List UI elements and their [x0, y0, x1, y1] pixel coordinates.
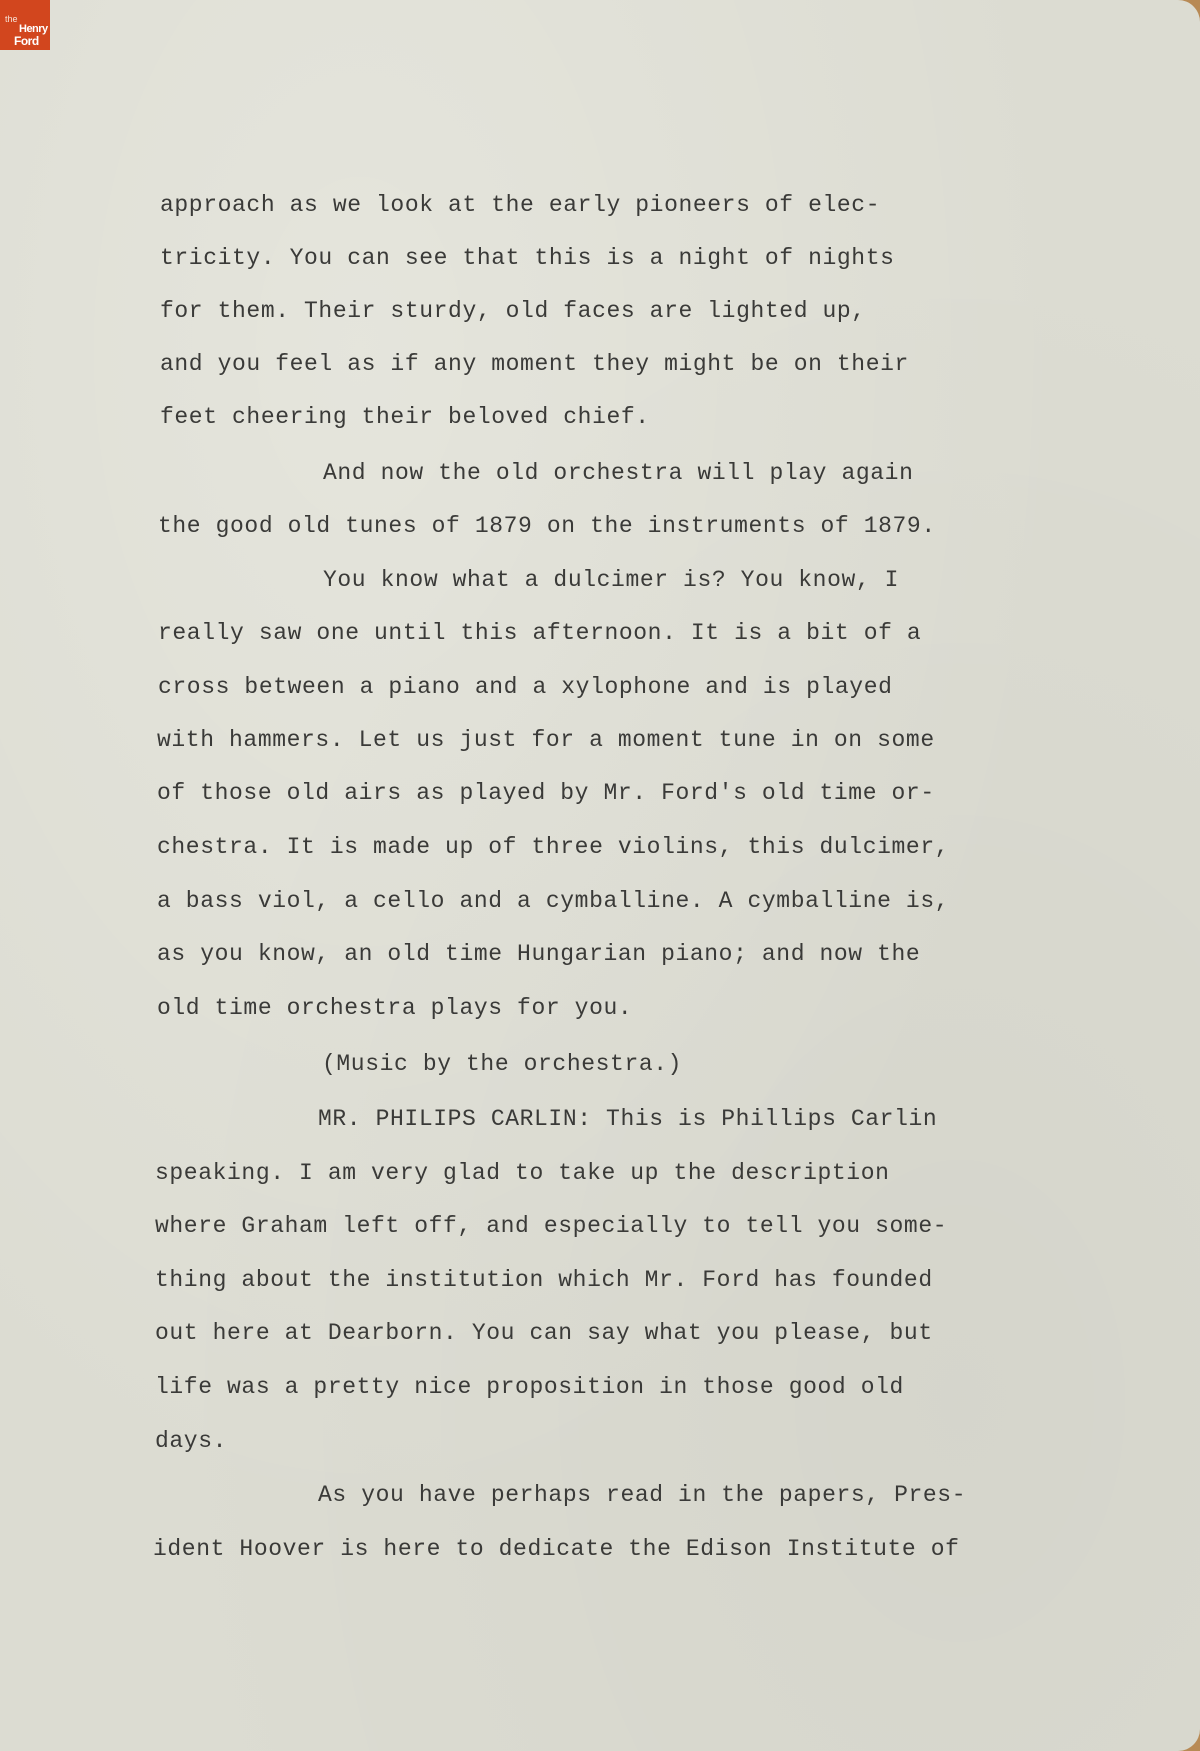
text-line: chestra. It is made up of three violins,…	[157, 834, 949, 860]
text-line: out here at Dearborn. You can say what y…	[155, 1320, 933, 1346]
text-line: MR. PHILIPS CARLIN: This is Phillips Car…	[318, 1106, 937, 1132]
text-line: And now the old orchestra will play agai…	[323, 460, 914, 486]
document-page: the Henry Ford approach as we look at th…	[0, 0, 1200, 1751]
text-line: really saw one until this afternoon. It …	[158, 620, 921, 646]
text-line: ident Hoover is here to dedicate the Edi…	[153, 1536, 960, 1562]
logo-text-ford: Ford	[14, 35, 39, 47]
text-line: You know what a dulcimer is? You know, I	[323, 567, 899, 593]
text-line: for them. Their sturdy, old faces are li…	[160, 298, 866, 324]
henry-ford-logo: the Henry Ford	[0, 0, 50, 50]
text-line: with hammers. Let us just for a moment t…	[157, 727, 935, 753]
text-line: the good old tunes of 1879 on the instru…	[158, 513, 936, 539]
text-line: where Graham left off, and especially to…	[155, 1213, 947, 1239]
text-line: As you have perhaps read in the papers, …	[318, 1482, 966, 1508]
text-line: of those old airs as played by Mr. Ford'…	[157, 780, 935, 806]
text-line: as you know, an old time Hungarian piano…	[157, 941, 920, 967]
text-line: old time orchestra plays for you.	[157, 995, 632, 1021]
text-line: and you feel as if any moment they might…	[160, 351, 909, 377]
text-line: a bass viol, a cello and a cymballine. A…	[157, 888, 949, 914]
text-line: feet cheering their beloved chief.	[160, 404, 650, 430]
text-line: thing about the institution which Mr. Fo…	[155, 1267, 933, 1293]
text-line: approach as we look at the early pioneer…	[160, 192, 880, 218]
text-line: tricity. You can see that this is a nigh…	[160, 245, 895, 271]
text-line: life was a pretty nice proposition in th…	[155, 1374, 904, 1400]
text-line: speaking. I am very glad to take up the …	[155, 1160, 890, 1186]
text-line: days.	[155, 1428, 227, 1454]
text-line: (Music by the orchestra.)	[322, 1051, 682, 1077]
text-line: cross between a piano and a xylophone an…	[158, 674, 893, 700]
logo-text-the: the	[5, 15, 18, 24]
